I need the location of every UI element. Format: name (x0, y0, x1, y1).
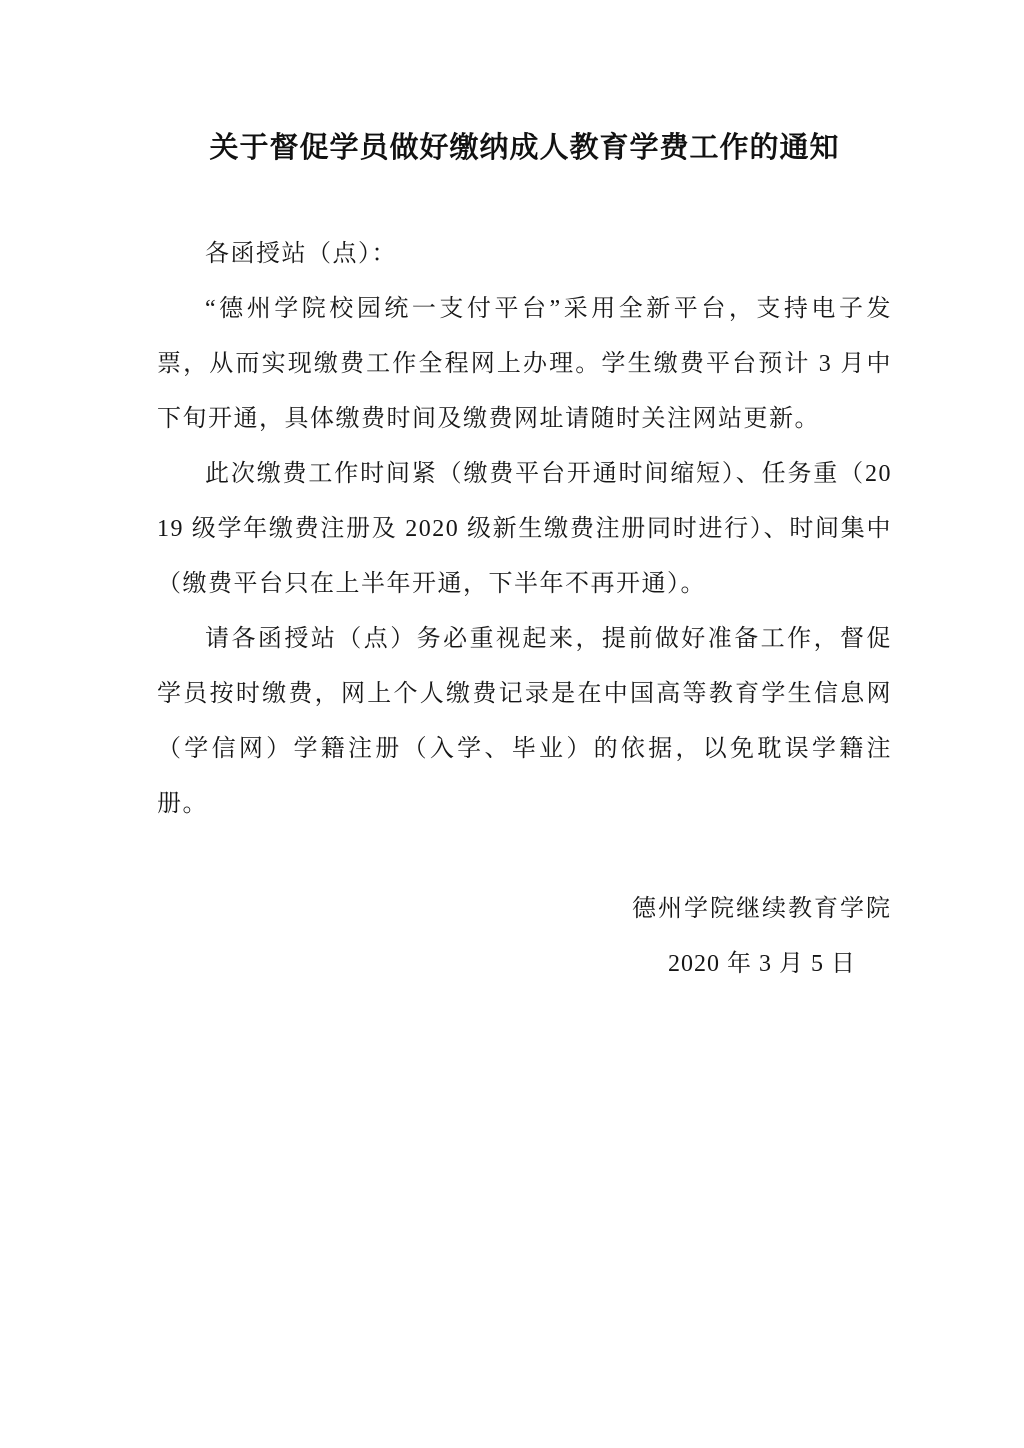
notice-document-page: 关于督促学员做好缴纳成人教育学费工作的通知 各函授站（点）： “德州学院校园统一… (0, 0, 1024, 1448)
signature-date: 2020 年 3 月 5 日 (632, 937, 892, 992)
body-paragraph-1: “德州学院校园统一支付平台”采用全新平台，支持电子发票，从而实现缴费工作全程网上… (157, 282, 892, 447)
document-content: 关于督促学员做好缴纳成人教育学费工作的通知 各函授站（点）： “德州学院校园统一… (0, 0, 1024, 992)
document-body: 各函授站（点）： “德州学院校园统一支付平台”采用全新平台，支持电子发票，从而实… (157, 227, 892, 832)
salutation-line: 各函授站（点）： (157, 227, 892, 282)
signature-block: 德州学院继续教育学院 2020 年 3 月 5 日 (632, 882, 892, 992)
body-paragraph-3: 请各函授站（点）务必重视起来，提前做好准备工作，督促学员按时缴费，网上个人缴费记… (157, 612, 892, 832)
body-paragraph-2: 此次缴费工作时间紧（缴费平台开通时间缩短）、任务重（2019 级学年缴费注册及 … (157, 447, 892, 612)
document-title: 关于督促学员做好缴纳成人教育学费工作的通知 (157, 125, 892, 171)
signature-organization: 德州学院继续教育学院 (632, 882, 892, 937)
